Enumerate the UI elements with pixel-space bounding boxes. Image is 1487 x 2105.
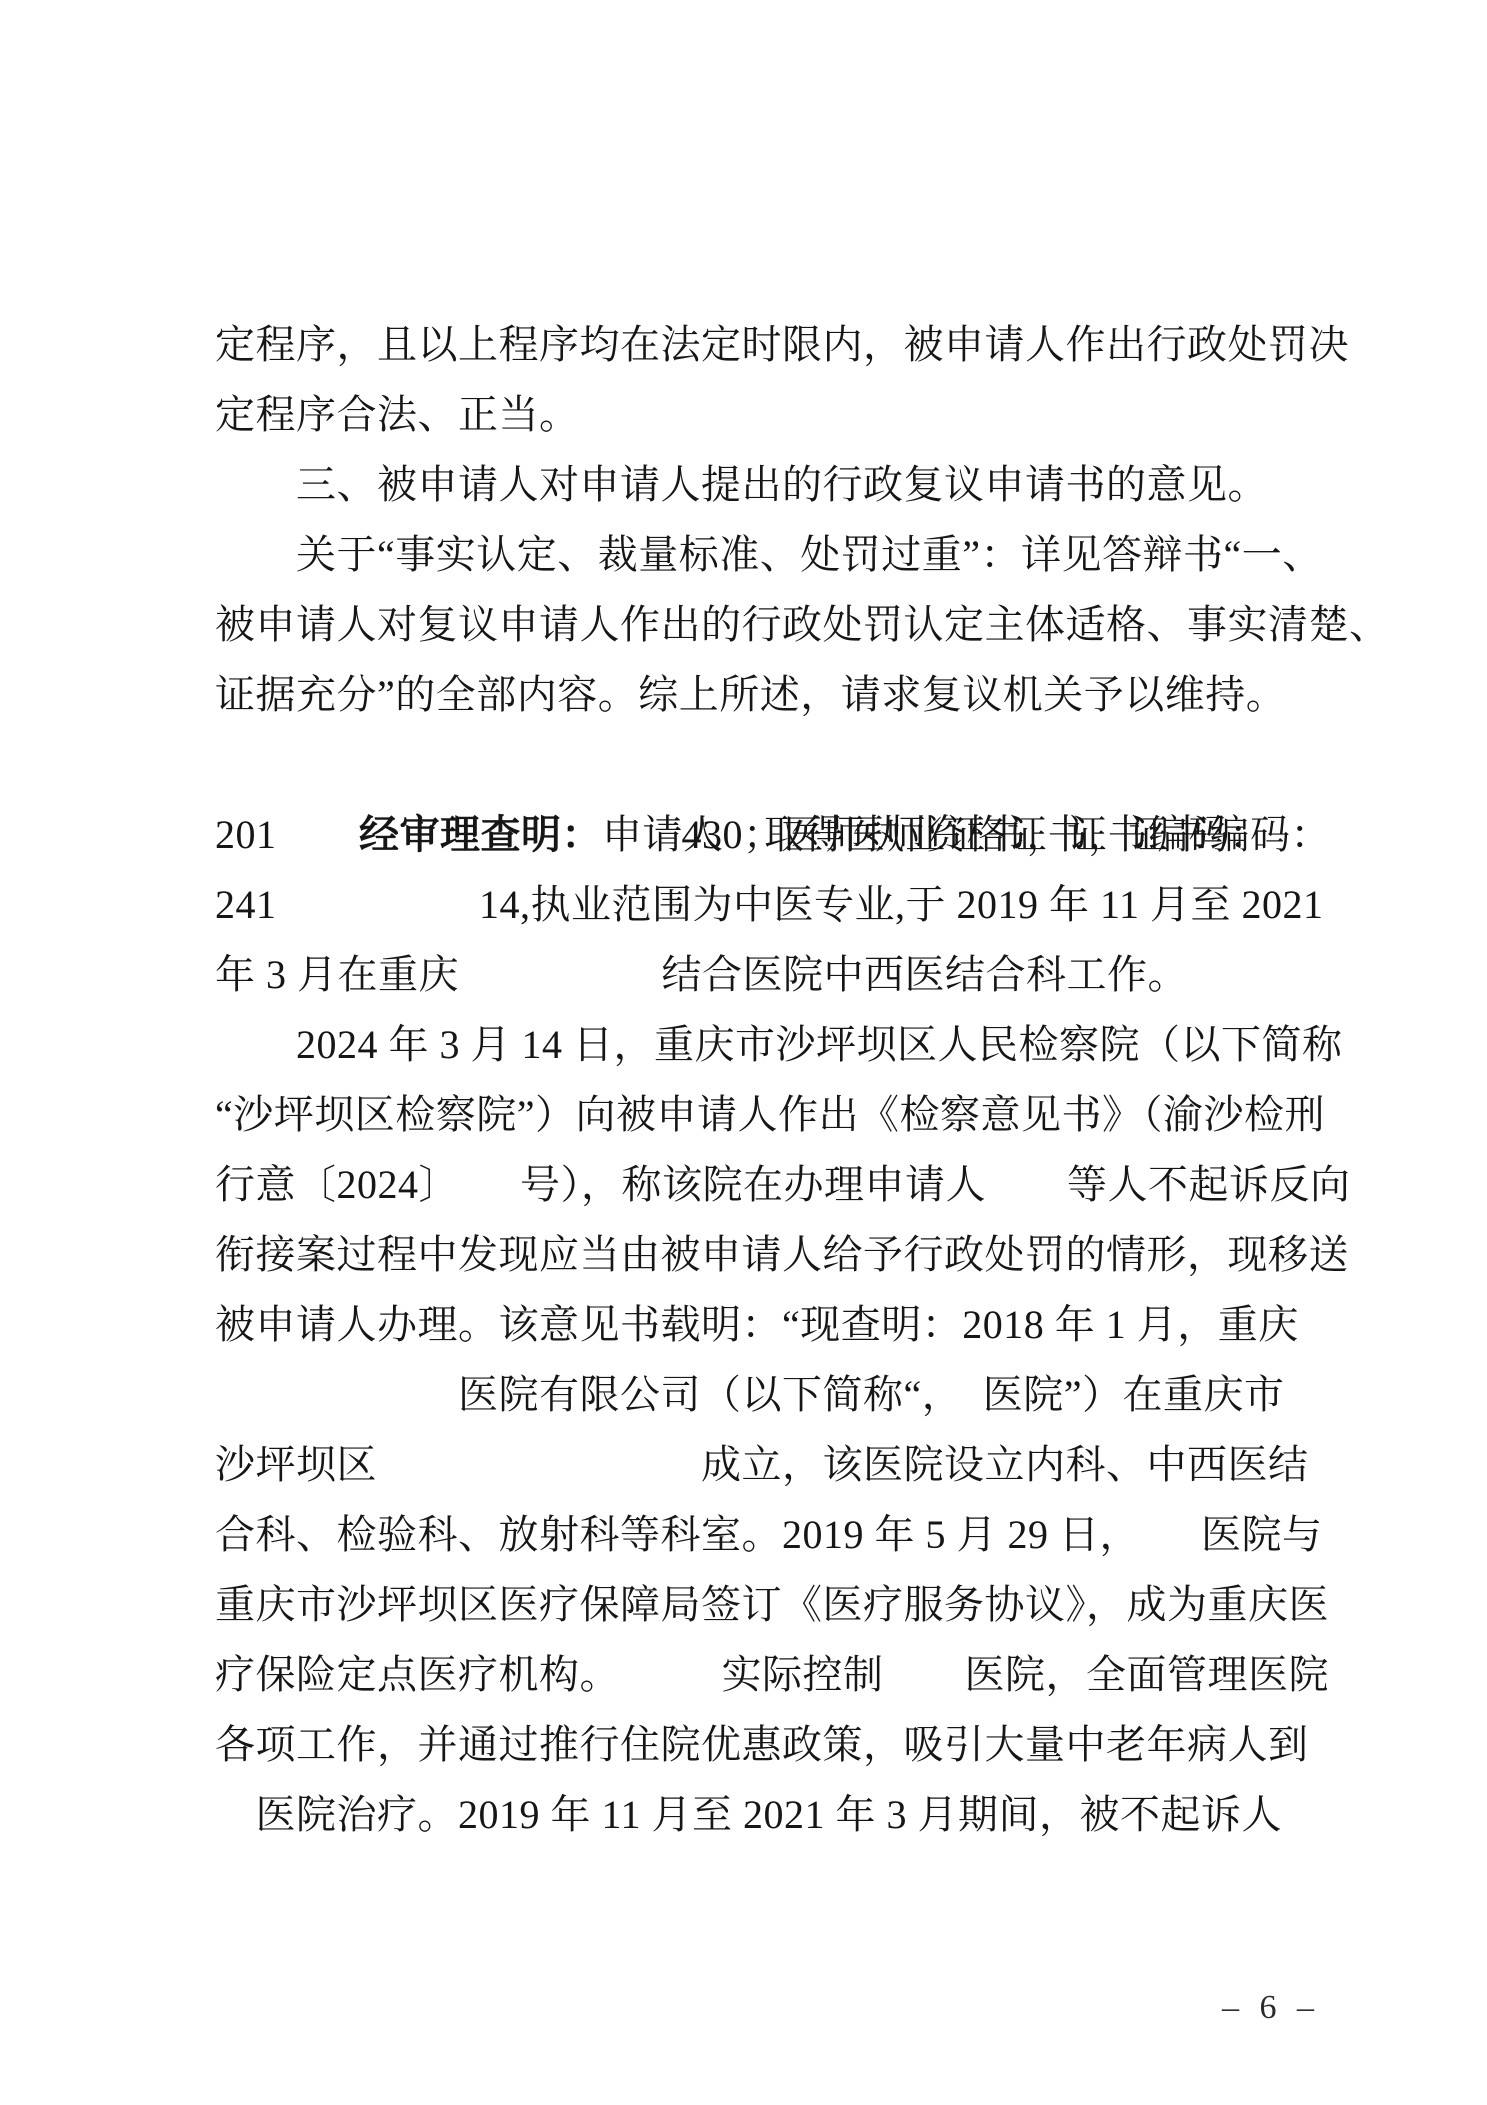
text-line: 合科、检验科、放射科等科室。2019 年 5 月 29 日， 医院与 bbox=[215, 1500, 1415, 1570]
document-body: 定程序，且以上程序均在法定时限内，被申请人作出行政处罚决 定程序合法、正当。 三… bbox=[215, 310, 1415, 1850]
text-line: 2024 年 3 月 14 日，重庆市沙坪坝区人民检察院（以下简称 bbox=[215, 1010, 1415, 1080]
text-line: 定程序，且以上程序均在法定时限内，被申请人作出行政处罚决 bbox=[215, 310, 1415, 380]
text-line: 定程序合法、正当。 bbox=[215, 380, 1415, 450]
text-line: 经审理查明：申请人 取得医师资格证书，证书编码： bbox=[215, 730, 1415, 800]
text-line: 各项工作，并通过推行住院优惠政策，吸引大量中老年病人到 bbox=[215, 1710, 1415, 1780]
scanned-document-page: 定程序，且以上程序均在法定时限内，被申请人作出行政处罚决 定程序合法、正当。 三… bbox=[0, 0, 1487, 2105]
text-line: 被申请人办理。该意见书载明：“现查明：2018 年 1 月，重庆 bbox=[215, 1290, 1415, 1360]
text-line: 201 430；医师执业证书，证书编码： bbox=[215, 800, 1415, 870]
text-line: 医院有限公司（以下简称“， 医院”）在重庆市 bbox=[215, 1360, 1415, 1430]
text-line: 重庆市沙坪坝区医疗保障局签订《医疗服务协议》，成为重庆医 bbox=[215, 1570, 1415, 1640]
text-line: 关于“事实认定、裁量标准、处罚过重”：详见答辩书“一、 bbox=[215, 520, 1415, 590]
text-line: 被申请人对复议申请人作出的行政处罚认定主体适格、事实清楚、 bbox=[215, 590, 1415, 660]
text-line: 241 14,执业范围为中医专业,于 2019 年 11 月至 2021 bbox=[215, 870, 1415, 940]
text-line: 疗保险定点医疗机构。 实际控制 医院，全面管理医院 bbox=[215, 1640, 1415, 1710]
text-line: 医院治疗。2019 年 11 月至 2021 年 3 月期间，被不起诉人 bbox=[215, 1780, 1415, 1850]
text-line: 年 3 月在重庆 结合医院中西医结合科工作。 bbox=[215, 940, 1415, 1010]
text-line: 沙坪坝区 成立，该医院设立内科、中西医结 bbox=[215, 1430, 1415, 1500]
text-line: 证据充分”的全部内容。综上所述，请求复议机关予以维持。 bbox=[215, 660, 1415, 730]
text-line: 行意〔2024〕 号），称该院在办理申请人 等人不起诉反向 bbox=[215, 1150, 1415, 1220]
text-line: 三、被申请人对申请人提出的行政复议申请书的意见。 bbox=[215, 450, 1415, 520]
page-number: – 6 – bbox=[1222, 1988, 1320, 2028]
text-line: “沙坪坝区检察院”）向被申请人作出《检察意见书》（渝沙检刑 bbox=[215, 1080, 1415, 1150]
text-line: 衔接案过程中发现应当由被申请人给予行政处罚的情形，现移送 bbox=[215, 1220, 1415, 1290]
